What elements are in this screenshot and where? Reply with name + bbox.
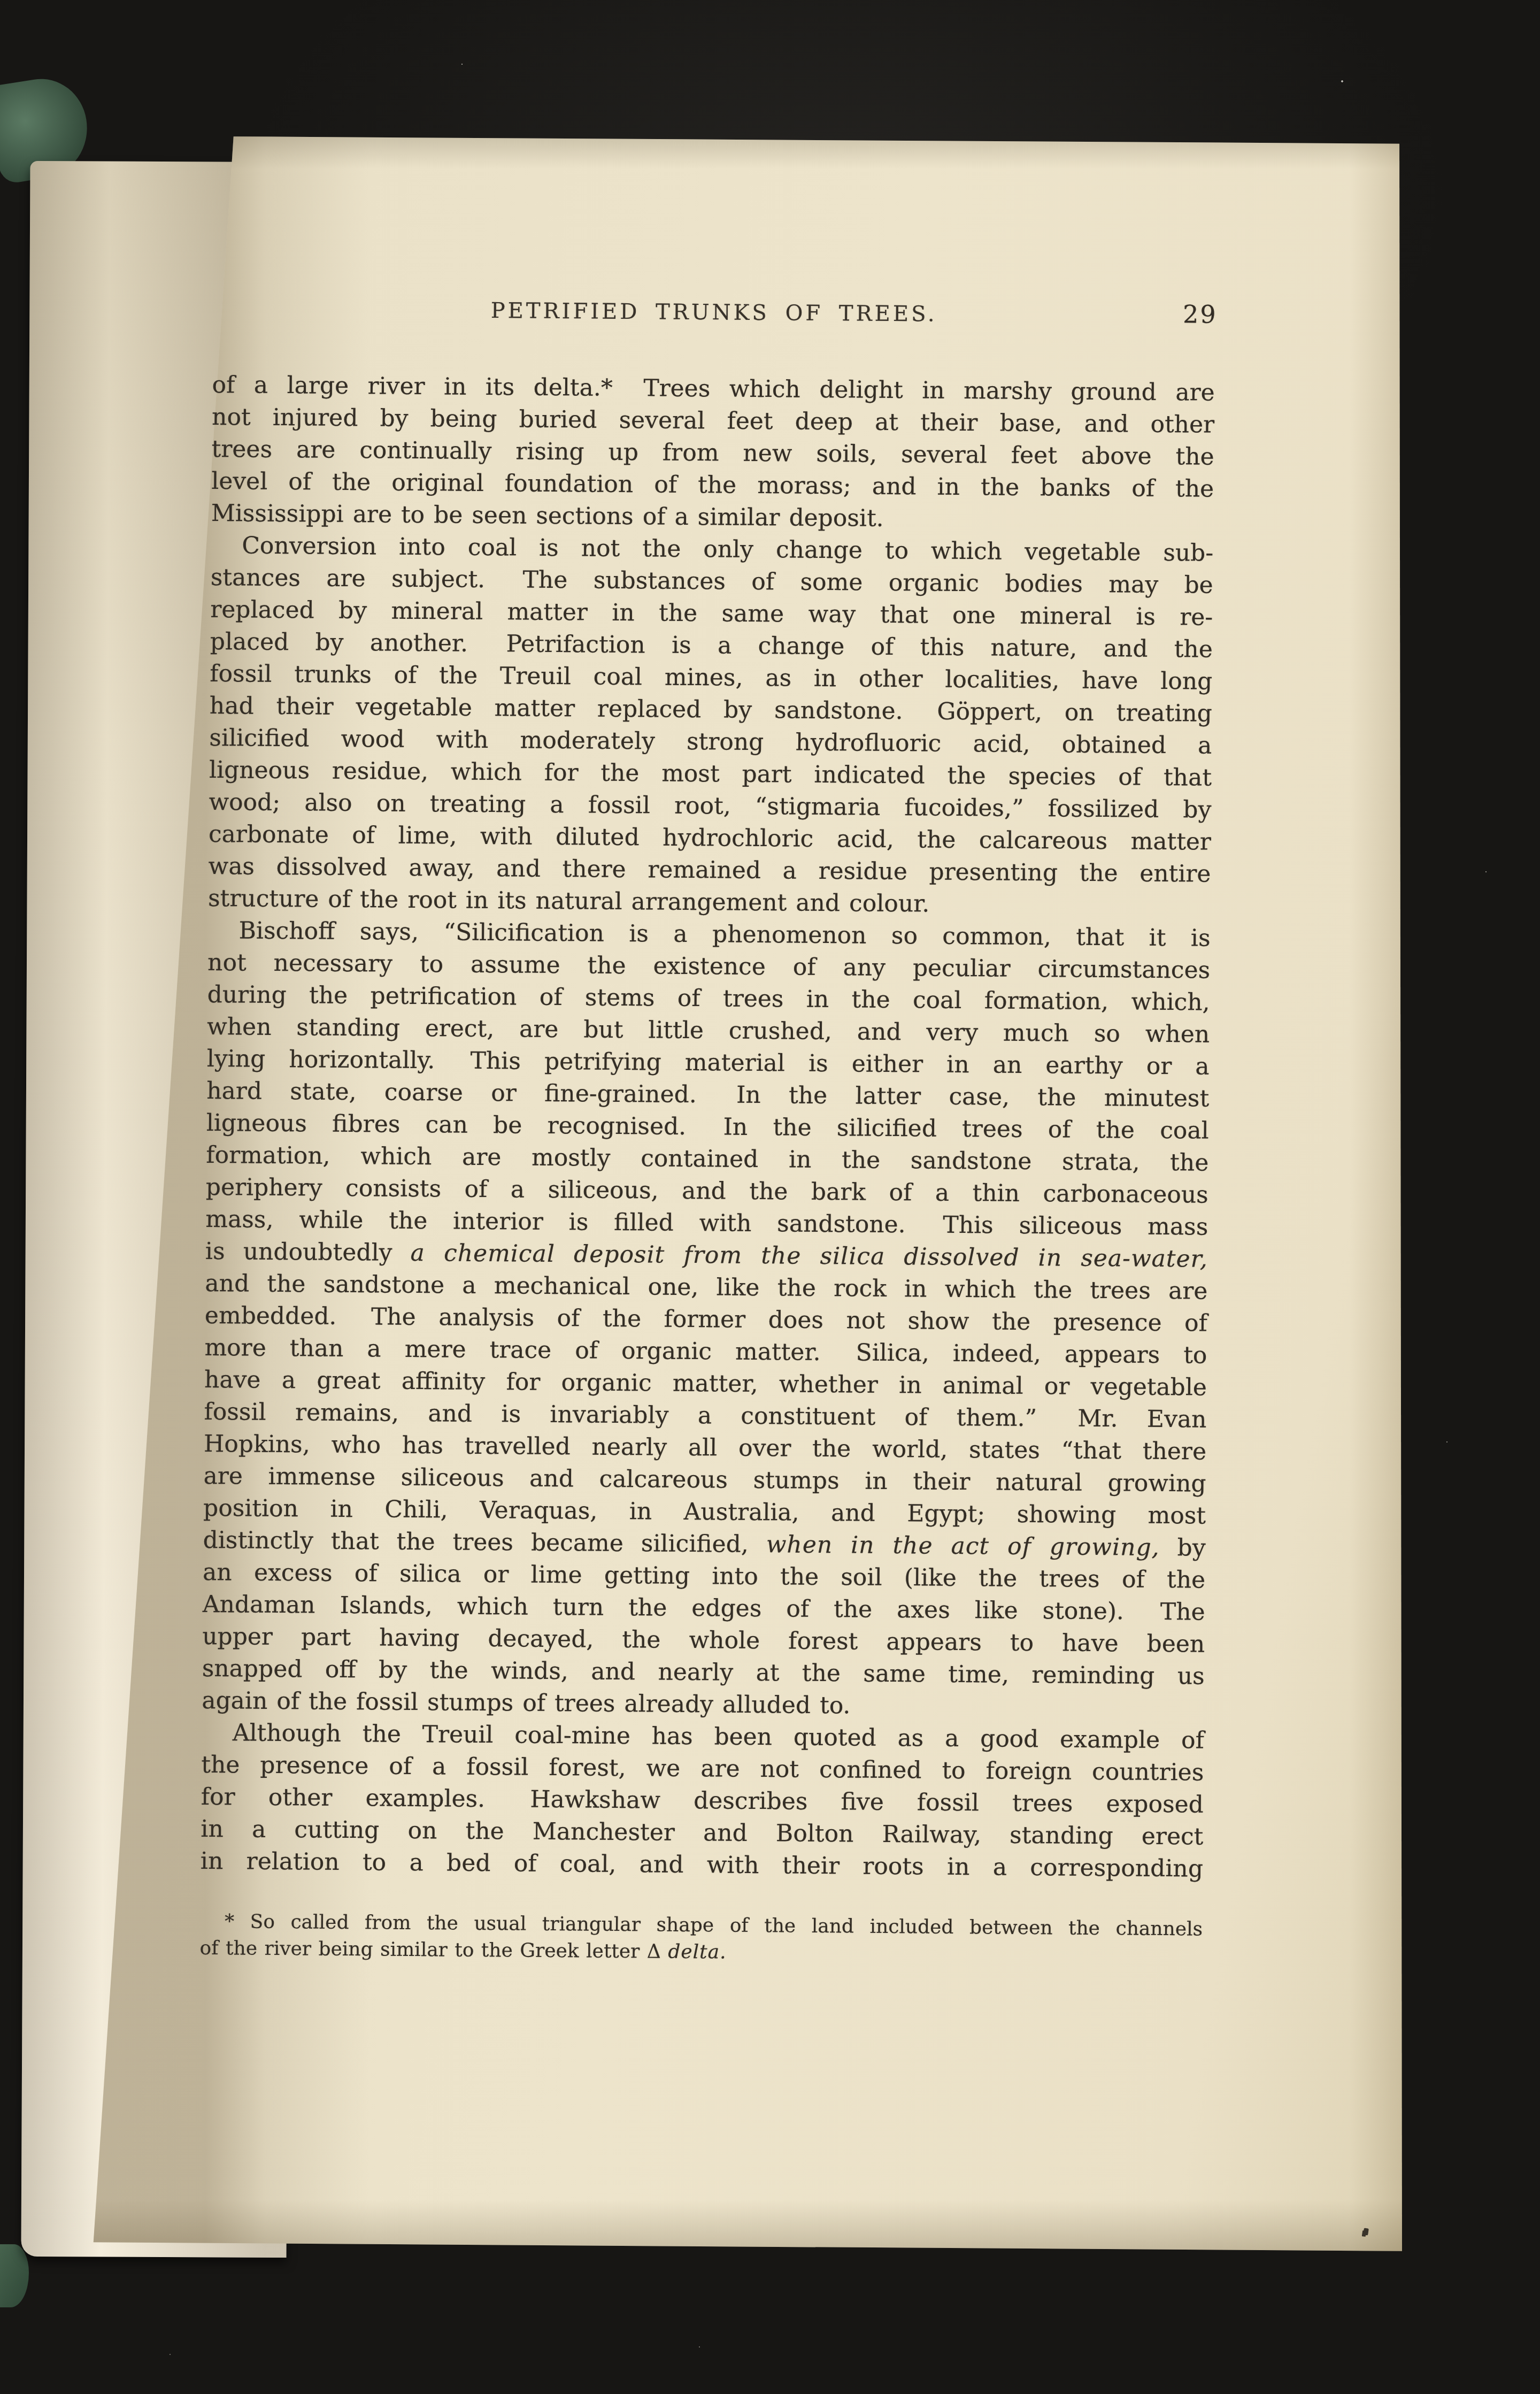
text-segment: lying horizontally. This petrifying mate… (207, 1045, 1210, 1080)
text-segment: and the sandstone a mechanical one, like… (205, 1270, 1207, 1305)
stray-ink-mark (1363, 2228, 1369, 2235)
text-segment: by (1159, 1534, 1205, 1562)
body-text: of a large river in its delta.* Trees wh… (201, 369, 1215, 1885)
footnote: * So called from the usual triangular sh… (199, 1908, 1203, 1970)
text-segment: distinctly that the trees became silicif… (203, 1526, 766, 1558)
text-segment: level of the original foundation of the … (211, 467, 1214, 503)
photographed-book-scene: { "colors": { "background": "#171614", "… (0, 0, 1540, 2394)
page-content: PETRIFIED TRUNKS OF TREES. 29 of a large… (199, 293, 1215, 1970)
text-segment: ligneous fibres can be recognised. In th… (206, 1109, 1209, 1145)
text-segment: have a great affinity for organic matter… (204, 1366, 1207, 1401)
text-segment: placed by another. Petrifaction is a cha… (210, 628, 1213, 663)
italic-text: delta. (668, 1941, 727, 1963)
text-segment: for other examples. Hawkshaw describes f… (201, 1783, 1204, 1818)
text-segment: wood; also on treating a fossil root, “s… (209, 788, 1211, 824)
text-segment: carbonate of lime, with diluted hydrochl… (209, 820, 1211, 856)
text-segment: had their vegetable matter replaced by s… (210, 692, 1212, 727)
text-segment: Andaman Islands, which turn the edges of… (203, 1591, 1205, 1626)
text-segment: stances are subject. The substances of s… (211, 564, 1213, 599)
paragraph: Although the Treuil coal-mine has been q… (201, 1717, 1204, 1885)
paragraph: * So called from the usual triangular sh… (199, 1908, 1203, 1970)
text-segment: in relation to a bed of coal, and with t… (201, 1847, 1203, 1883)
italic-text: a chemical deposit from the silica disso… (410, 1239, 1208, 1273)
text-segment: an excess of silica or lime getting into… (203, 1559, 1205, 1594)
text-segment: hard state, coarse or fine-grained. In t… (206, 1077, 1209, 1112)
text-segment: fossil trunks of the Treuil coal mines, … (210, 660, 1212, 695)
text-segment: ligneous residue, which for the most par… (209, 756, 1212, 792)
text-segment: periphery consists of a siliceous, and t… (206, 1173, 1208, 1209)
text-segment: of a large river in its delta.* Trees wh… (212, 371, 1214, 406)
text-segment: snapped off by the winds, and nearly at … (202, 1655, 1205, 1690)
text-segment: was dissolved away, and there remained a… (208, 853, 1211, 888)
text-segment: position in Chili, Veraquas, in Australi… (203, 1494, 1206, 1530)
text-segment: Mississippi are to be seen sections of a… (211, 500, 884, 532)
page-header: PETRIFIED TRUNKS OF TREES. 29 (212, 293, 1215, 346)
paragraph: of a large river in its delta.* Trees wh… (211, 369, 1215, 538)
text-segment: embedded. The analysis of the former doe… (205, 1302, 1207, 1337)
text-segment: more than a mere trace of organic matter… (204, 1334, 1207, 1369)
text-segment: during the petrification of stems of tre… (207, 981, 1210, 1016)
text-segment: in a cutting on the Manchester and Bolto… (201, 1815, 1203, 1851)
text-segment: Hopkins, who has travelled nearly all ov… (204, 1430, 1206, 1465)
text-segment: replaced by mineral matter in the same w… (210, 596, 1213, 631)
text-segment: Bischoff says, “Silicification is a phen… (238, 917, 1210, 952)
text-segment: upper part having decayed, the whole for… (202, 1623, 1205, 1658)
text-segment: not necessary to assume the existence of… (207, 949, 1210, 984)
text-segment: when standing erect, are but little crus… (207, 1013, 1210, 1048)
text-segment: trees are continually rising up from new… (212, 435, 1214, 471)
text-segment: Although the Treuil coal-mine has been q… (233, 1719, 1204, 1754)
italic-text: when in the act of growing, (766, 1531, 1160, 1561)
page-number: 29 (1183, 300, 1218, 329)
text-segment: fossil remains, and is invariably a cons… (204, 1398, 1206, 1433)
text-segment: structure of the root in its natural arr… (208, 885, 930, 918)
paragraph: Conversion into coal is not the only cha… (208, 530, 1214, 923)
text-segment: formation, which are mostly contained in… (206, 1141, 1208, 1177)
paragraph: Bischoff says, “Silicification is a phen… (202, 915, 1211, 1725)
text-segment: * So called from the usual triangular sh… (225, 1910, 1203, 1940)
text-segment: again of the fossil stumps of trees alre… (202, 1687, 851, 1720)
text-segment: not injured by being buried several feet… (212, 403, 1214, 439)
text-segment: are immense siliceous and calcareous stu… (203, 1462, 1206, 1498)
text-segment: the presence of a fossil forest, we are … (201, 1751, 1204, 1786)
text-segment: of the river being similar to the Greek … (200, 1937, 668, 1963)
book-cover-cloth-bottom-left (0, 2244, 29, 2307)
text-segment: Conversion into coal is not the only cha… (242, 532, 1213, 566)
text-segment: mass, while the interior is filled with … (205, 1206, 1208, 1241)
text-segment: silicified wood with moderately strong h… (209, 724, 1212, 759)
text-segment: is undoubtedly (205, 1238, 411, 1267)
